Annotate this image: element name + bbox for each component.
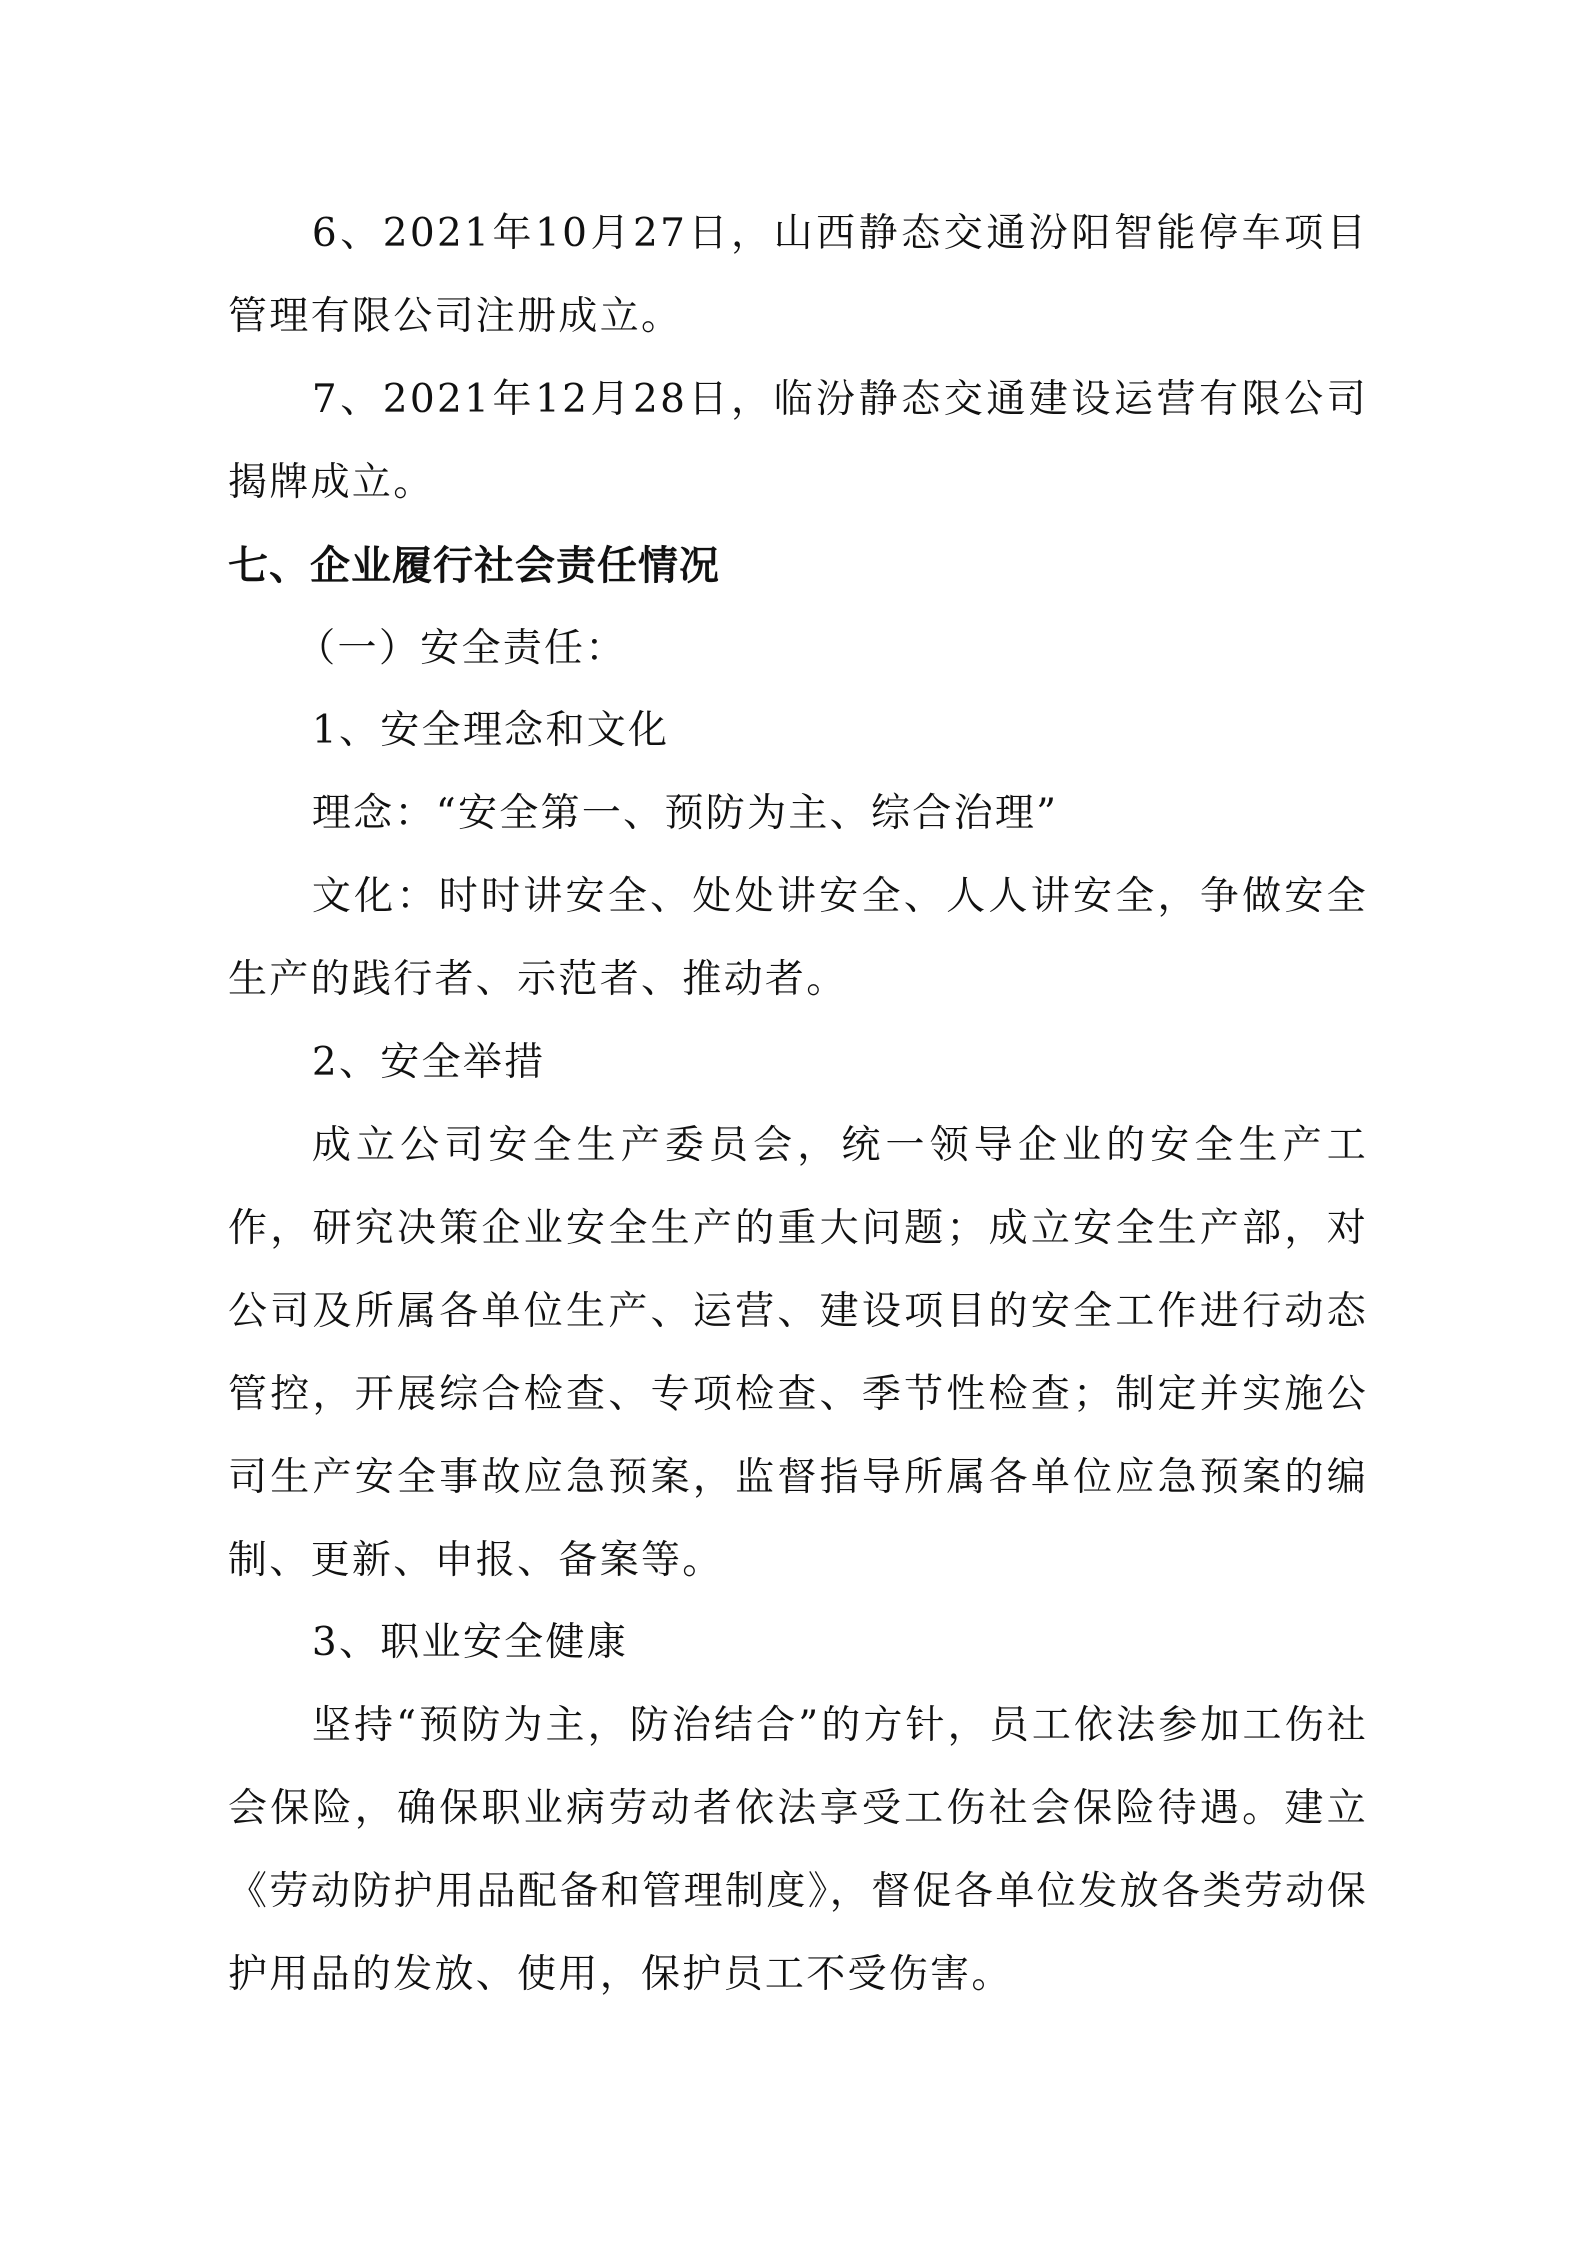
- paragraph-philosophy: 理念：“安全第一、预防为主、综合治理”: [228, 773, 1368, 856]
- paragraph-culture: 文化：时时讲安全、处处讲安全、人人讲安全，争做安全生产的践行者、示范者、推动者。: [228, 856, 1368, 1022]
- item-heading-safety-philosophy: 1、安全理念和文化: [228, 690, 1368, 773]
- document-page: 6、2021年10月27日，山西静态交通汾阳智能停车项目管理有限公司注册成立。 …: [228, 193, 1368, 2017]
- section-heading: 七、企业履行社会责任情况: [228, 525, 1368, 608]
- paragraph-item-6: 6、2021年10月27日，山西静态交通汾阳智能停车项目管理有限公司注册成立。: [228, 193, 1368, 359]
- item-heading-occupational-health: 3、职业安全健康: [228, 1602, 1368, 1685]
- item-heading-safety-measures: 2、安全举措: [228, 1022, 1368, 1105]
- subsection-heading: （一）安全责任：: [228, 608, 1368, 691]
- paragraph-item-7: 7、2021年12月28日，临汾静态交通建设运营有限公司揭牌成立。: [228, 359, 1368, 525]
- paragraph-occupational-health: 坚持“预防为主，防治结合”的方针，员工依法参加工伤社会保险，确保职业病劳动者依法…: [228, 1685, 1368, 2017]
- paragraph-safety-measures: 成立公司安全生产委员会，统一领导企业的安全生产工作，研究决策企业安全生产的重大问…: [228, 1105, 1368, 1602]
